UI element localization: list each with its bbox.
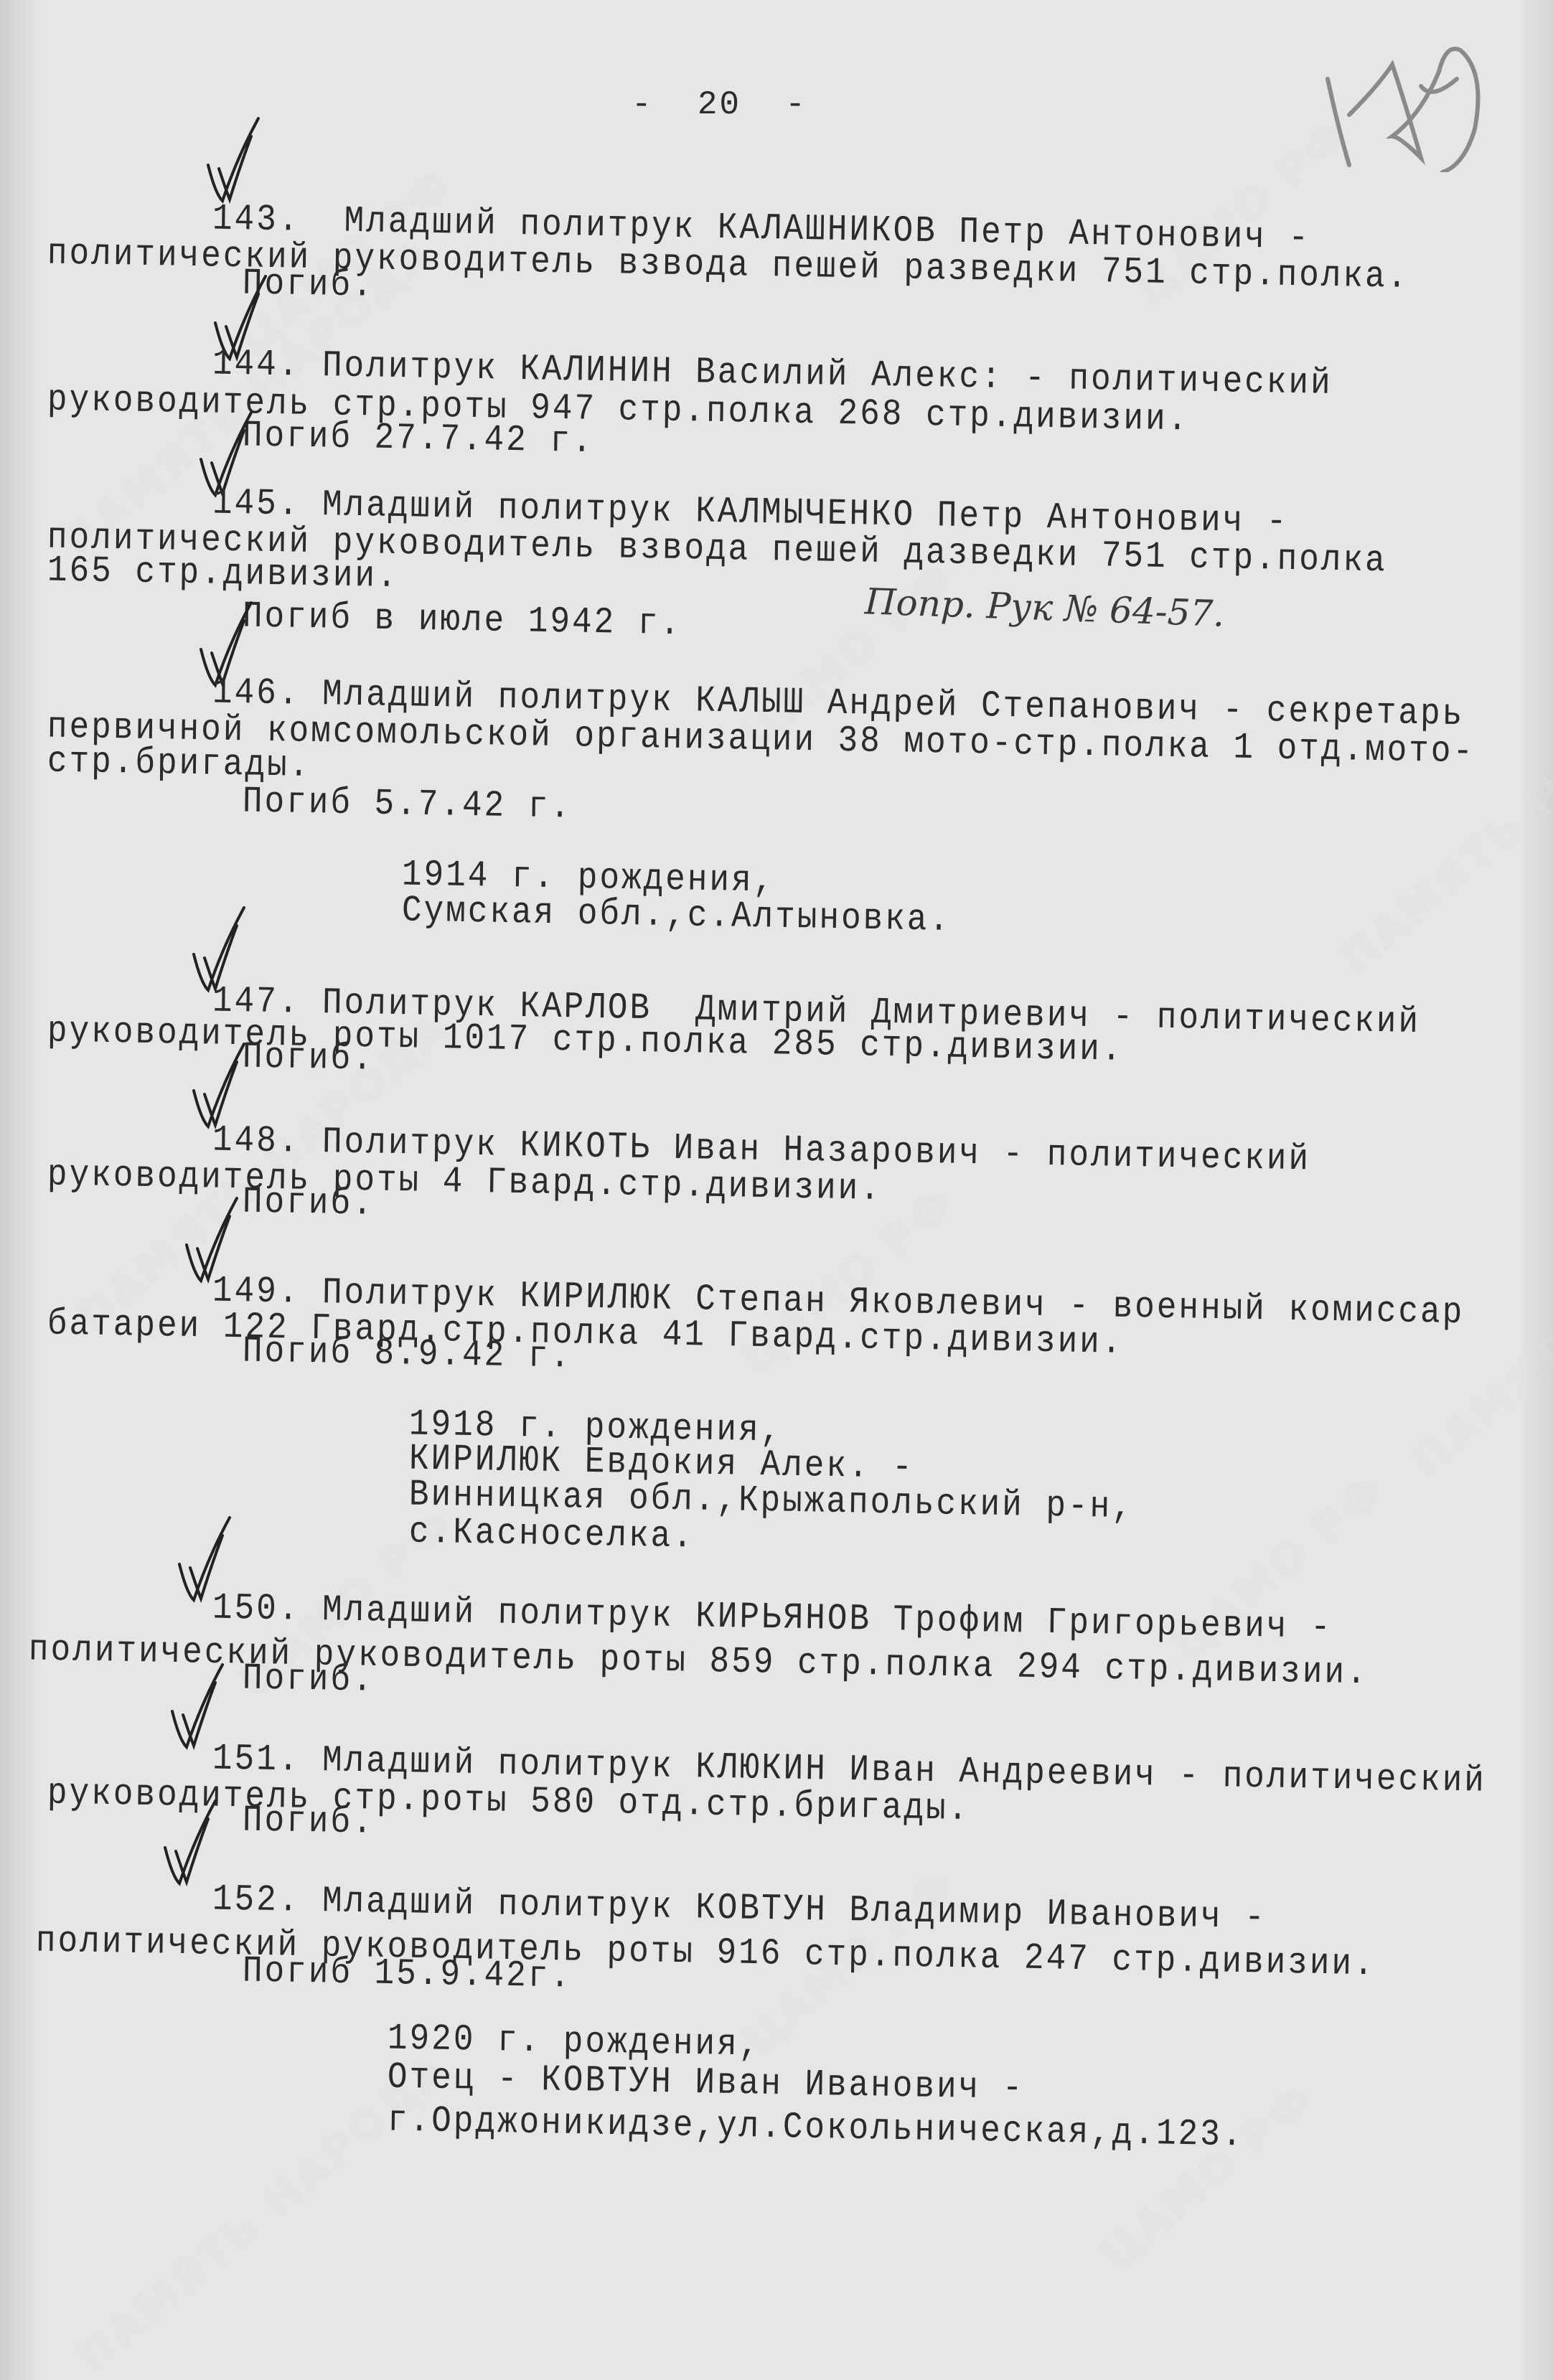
- entry-detail: с.Касноселка.: [409, 1513, 695, 1556]
- entry-status: Погиб 15.9.42г.: [243, 1952, 573, 1995]
- entry-status: Погиб.: [243, 1183, 375, 1223]
- page-number: - 20 -: [632, 86, 807, 123]
- entry-status: Погиб.: [243, 1802, 375, 1841]
- entry-status: Погиб 8.9.42 г.: [243, 1332, 573, 1375]
- entry-status: Погиб 27.7.42 г.: [243, 417, 594, 460]
- entry-status: Погиб в июле 1942 г.: [243, 598, 682, 642]
- entry-status: Погиб.: [243, 1038, 375, 1078]
- entry-line: 165 стр.дивизии.: [47, 552, 399, 595]
- checkmark-icon: [158, 1797, 222, 1891]
- entry-status: Погиб 5.7.42 г.: [243, 783, 573, 826]
- entry-detail: Отец - КОВТУН Иван Иванович -: [388, 2059, 1025, 2107]
- entry-status: Погиб.: [243, 1660, 375, 1699]
- entry-detail: Сумская обл.,с.Алтыновка.: [402, 892, 952, 939]
- checkmark-icon: [201, 115, 266, 208]
- entry-line: стр.бригады.: [47, 743, 311, 784]
- watermark: ЦАМО РФ: [1091, 2074, 1324, 2281]
- document-page: ЦАМО РФ ЦАМО РФ ПАМЯТЬ НАРОДА ЦАМО РФ ПА…: [0, 0, 1553, 2380]
- entry-detail: г.Орджоникидзе,ул.Сокольническая,д.123.: [388, 2102, 1244, 2154]
- handwritten-sheet-number: [1313, 29, 1493, 172]
